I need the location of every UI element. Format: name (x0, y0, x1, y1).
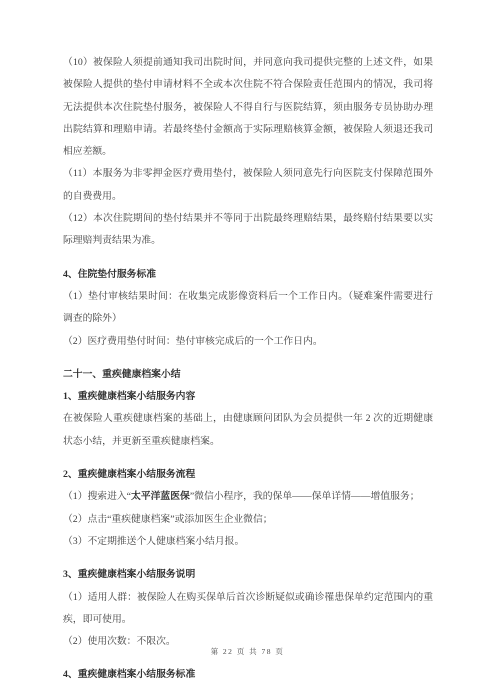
heading-record-content: 1、重疾健康档案小结服务内容 (63, 386, 433, 408)
heading-record-notes: 3、重疾健康档案小结服务说明 (63, 564, 433, 586)
blank-line (63, 353, 433, 364)
blank-line (63, 453, 433, 464)
page-number-footer: 第 22 页 共 78 页 (0, 646, 495, 658)
document-page: （10）被保险人须提前通知我司出院时间，并同意向我司提供完整的上述文件，如果被保… (0, 0, 495, 700)
process-step-1-suffix: ”微信小程序，我的保单——保单详情——增值服务； (190, 491, 420, 502)
paragraph-process-step-1: （1）搜索进入“太平洋蓝医保”微信小程序，我的保单——保单详情——增值服务； (63, 486, 433, 508)
heading-chapter-21: 二十一、重疾健康档案小结 (63, 364, 433, 386)
paragraph-advance-item-12: （12）本次住院期间的垫付结果并不等同于出院最终理赔结果，最终赔付结果要以实际理… (63, 208, 433, 253)
heading-record-process: 2、重疾健康档案小结服务流程 (63, 464, 433, 486)
blank-line (63, 253, 433, 264)
paragraph-advance-standard-1: （1）垫付审核结果时间：在收集完成影像资料后一个工作日内。（疑难案件需要进行调查… (63, 286, 433, 331)
paragraph-advance-item-10: （10）被保险人须提前通知我司出院时间，并同意向我司提供完整的上述文件，如果被保… (63, 52, 433, 163)
paragraph-process-step-2: （2）点击“重疾健康档案”或添加医生企业微信； (63, 509, 433, 531)
document-body: （10）被保险人须提前通知我司出院时间，并同意向我司提供完整的上述文件，如果被保… (63, 52, 433, 687)
paragraph-advance-item-11: （11）本服务为非零押金医疗费用垫付，被保险人须同意先行向医院支付保障范围外的自… (63, 163, 433, 208)
paragraph-record-content: 在被保险人重疾健康档案的基础上，由健康顾问团队为会员提供一年 2 次的近期健康状… (63, 408, 433, 453)
heading-advance-standards: 4、住院垫付服务标准 (63, 264, 433, 286)
paragraph-advance-standard-2: （2）医疗费用垫付时间：垫付审核完成后的一个工作日内。 (63, 331, 433, 353)
process-step-1-prefix: （1）搜索进入“ (63, 491, 131, 502)
heading-record-standards: 4、重疾健康档案小结服务标准 (63, 664, 433, 686)
paragraph-process-step-3: （3）不定期推送个人健康档案小结月报。 (63, 531, 433, 553)
blank-line (63, 553, 433, 564)
paragraph-record-note-1: （1）适用人群：被保险人在购买保单后首次诊断疑似或确诊罹患保单约定范围内的重疾，… (63, 587, 433, 632)
process-step-1-brand: 太平洋蓝医保 (131, 491, 190, 502)
